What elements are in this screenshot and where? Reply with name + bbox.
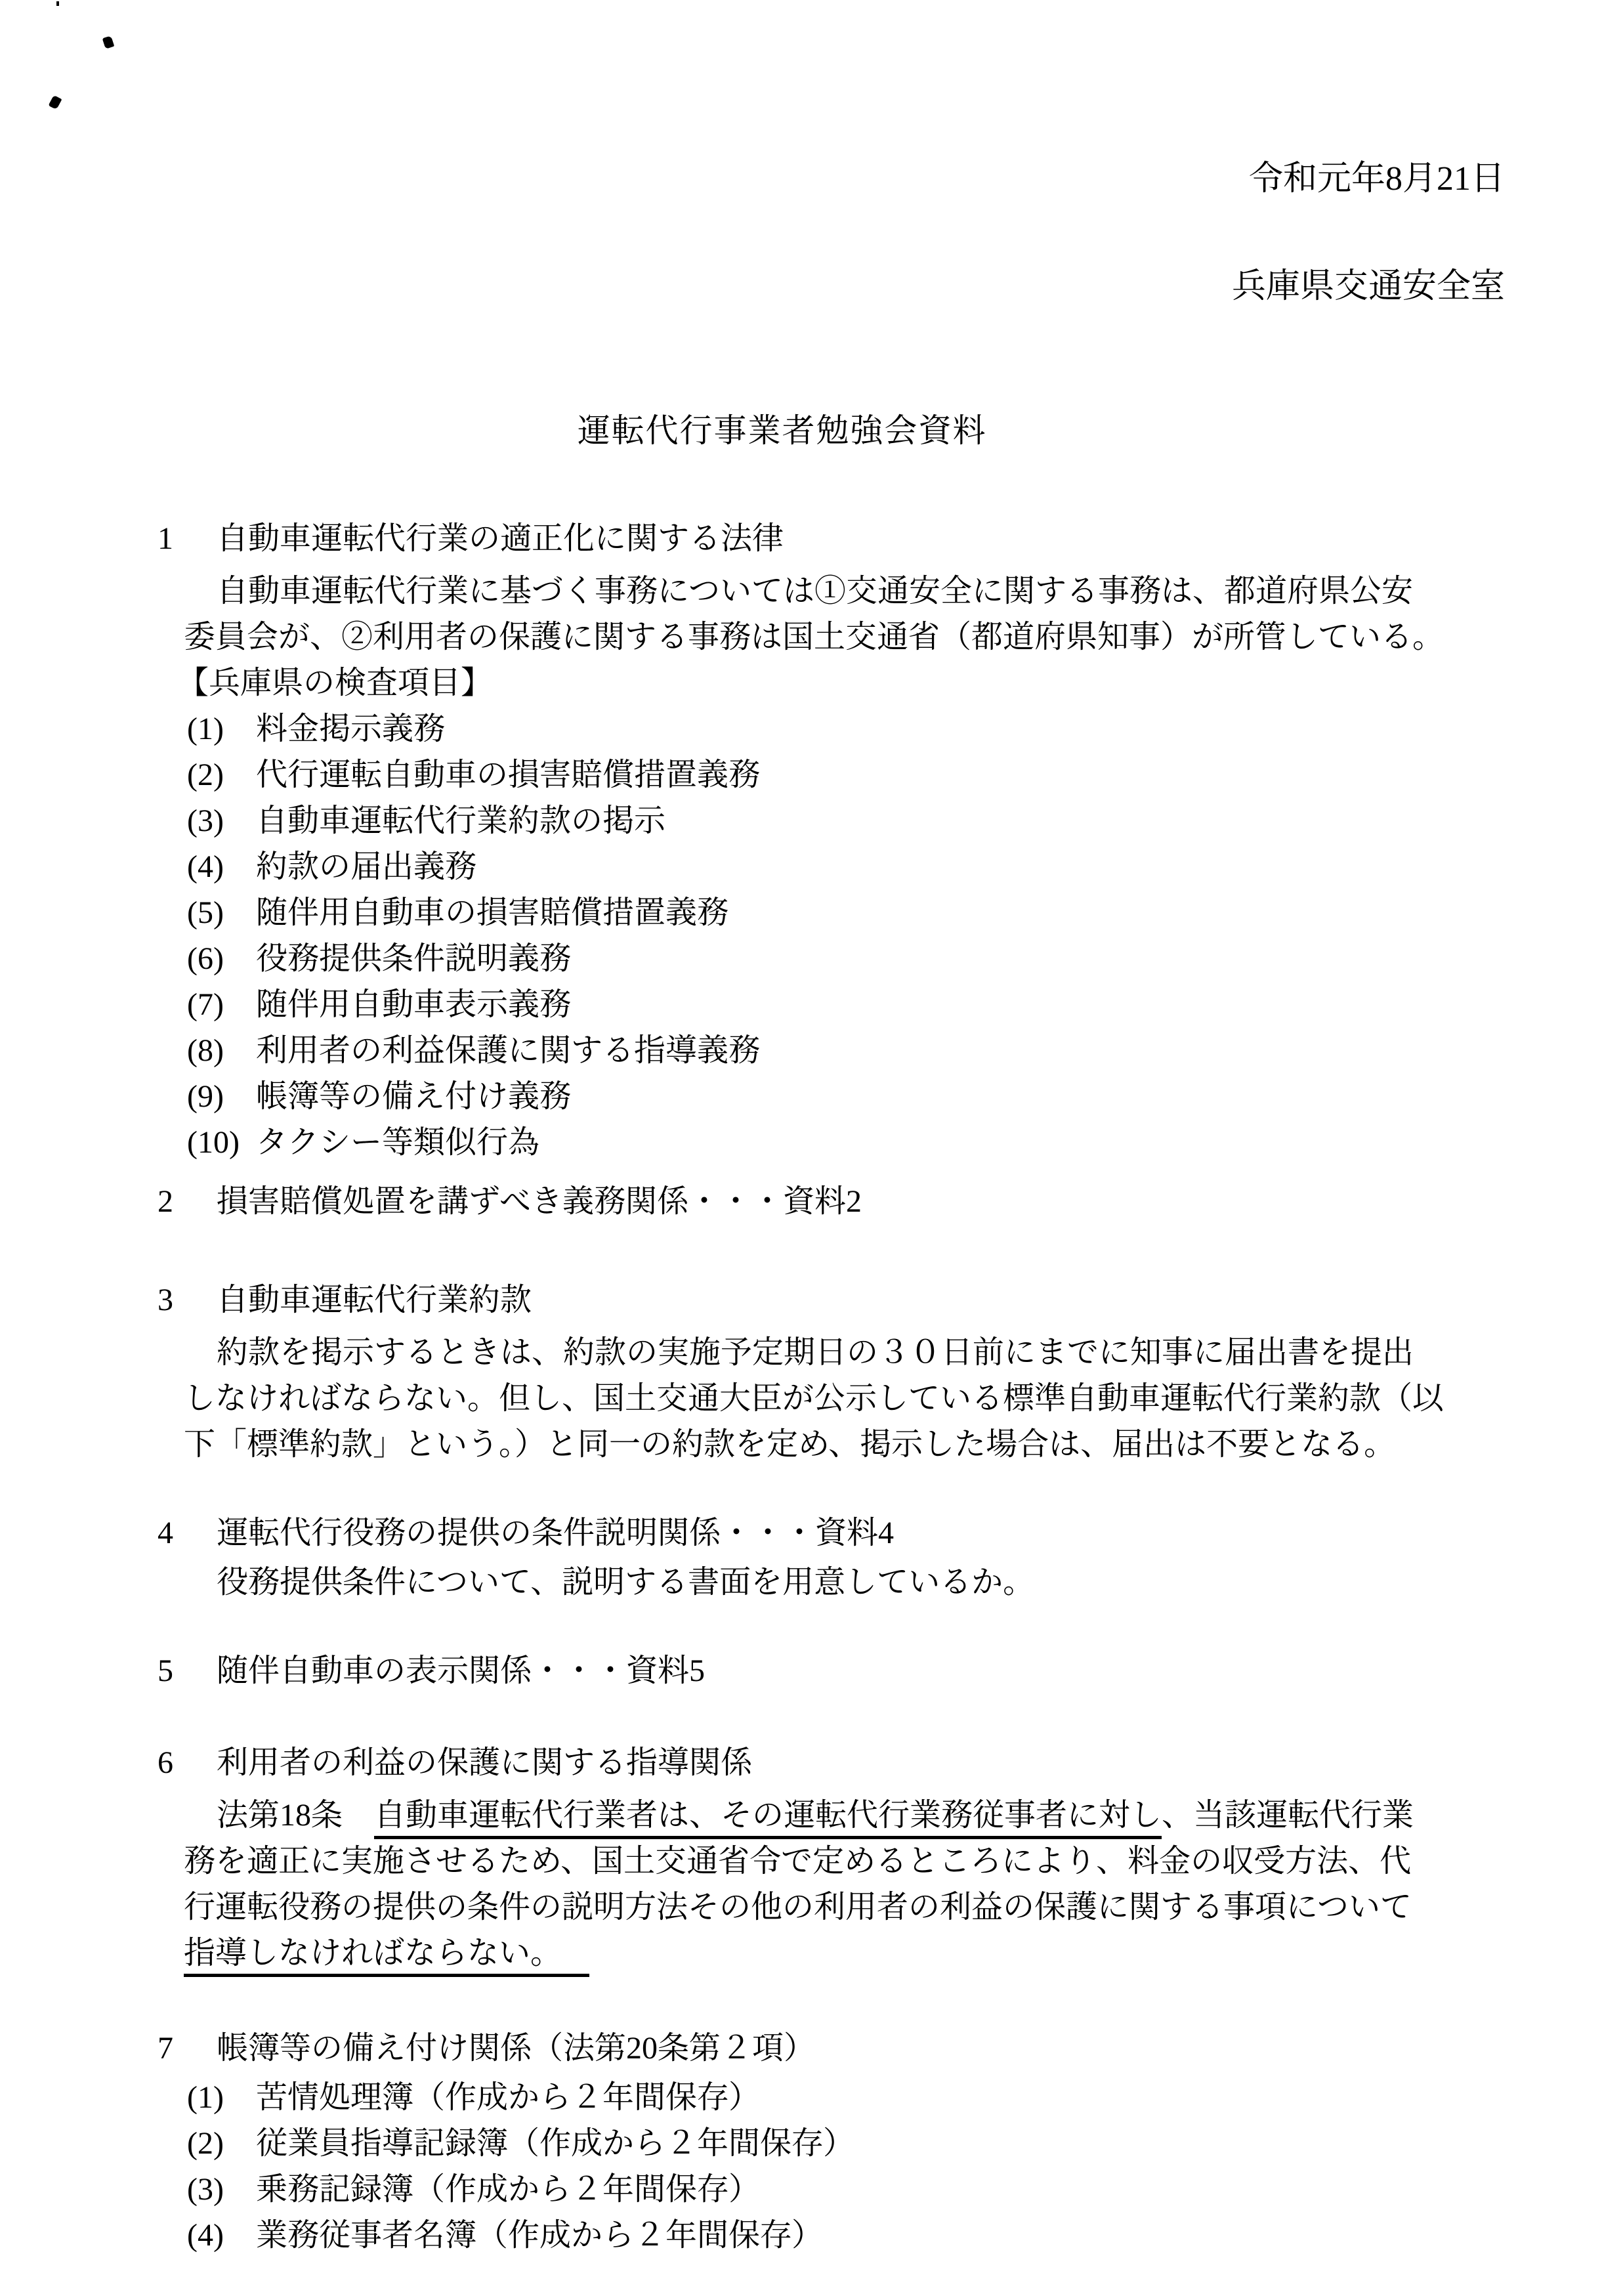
item-text: 自動車運転代行業約款の掲示 bbox=[256, 798, 665, 844]
paragraph-line: 務を適正に実施させるため、国土交通省令で定めるところにより、料金の収受方法、代 bbox=[184, 1839, 1505, 1884]
item-label: (4) bbox=[187, 844, 256, 890]
underlined-text: 自動車運転代行業者は、その運転代行業務従事者に対し bbox=[374, 1798, 1162, 1839]
section-number: 3 bbox=[158, 1281, 217, 1320]
section-1: 1 自動車運転代行業の適正化に関する法律 自動車運転代行業に基づく事務については… bbox=[158, 519, 1505, 1166]
issuer-line: 兵庫県交通安全室 bbox=[1232, 268, 1505, 305]
ink-speck bbox=[56, 1, 59, 6]
paragraph-line: しなければならない。但し、国土交通大臣が公示している標準自動車運転代行業約款（以 bbox=[184, 1376, 1505, 1422]
section-4: 4 運転代行役務の提供の条件説明関係・・・資料4 役務提供条件について、説明する… bbox=[158, 1514, 1505, 1605]
item-text: タクシー等類似行為 bbox=[256, 1120, 539, 1166]
section-6-paragraph: 法第18条 自動車運転代行業者は、その運転代行業務従事者に対し、当該運転代行業 … bbox=[184, 1793, 1505, 1976]
section-5: 5 随伴自動車の表示関係・・・資料5 bbox=[158, 1651, 1505, 1691]
item-label: (3) bbox=[187, 2167, 256, 2213]
section-number: 5 bbox=[158, 1651, 217, 1691]
item-label: (1) bbox=[187, 2075, 256, 2121]
section-7-heading: 7 帳簿等の備え付け関係（法第20条第２項） bbox=[158, 2029, 1505, 2068]
paragraph-line: 自動車運転代行業に基づく事務については①交通安全に関する事務は、都道府県公安 bbox=[184, 568, 1505, 614]
section-number: 1 bbox=[158, 519, 217, 559]
list-item: (4) 業務従事者名簿（作成から２年間保存） bbox=[187, 2213, 1505, 2259]
section-5-heading: 5 随伴自動車の表示関係・・・資料5 bbox=[158, 1651, 1505, 1691]
section-heading-text: 帳簿等の備え付け関係（法第20条第２項） bbox=[217, 2029, 815, 2068]
paragraph-line: 約款を掲示するときは、約款の実施予定期日の３０日前にまでに知事に届出書を提出 bbox=[184, 1330, 1505, 1376]
paragraph-line: 委員会が、②利用者の保護に関する事務は国土交通省（都道府県知事）が所管している。 bbox=[184, 614, 1505, 660]
list-item: (6) 役務提供条件説明義務 bbox=[187, 936, 1505, 982]
item-text: 代行運転自動車の損害賠償措置義務 bbox=[256, 752, 760, 798]
section-2: 2 損害賠償処置を講ずべき義務関係・・・資料2 bbox=[158, 1182, 1505, 1222]
section-heading-text: 損害賠償処置を講ずべき義務関係・・・資料2 bbox=[217, 1182, 862, 1222]
item-text: 役務提供条件説明義務 bbox=[256, 936, 571, 982]
section-number: 6 bbox=[158, 1743, 217, 1783]
item-text: 随伴用自動車の損害賠償措置義務 bbox=[256, 890, 728, 936]
page-title: 運転代行事業者勉強会資料 bbox=[158, 411, 1406, 450]
paragraph-text: 、当該運転代行業 bbox=[1162, 1798, 1414, 1833]
item-text: 料金掲示義務 bbox=[256, 706, 445, 752]
section-7: 7 帳簿等の備え付け関係（法第20条第２項） (1) 苦情処理簿（作成から２年間… bbox=[158, 2029, 1505, 2259]
paragraph-line: 行運転役務の提供の条件の説明方法その他の利用者の利益の保護に関する事項について bbox=[184, 1884, 1505, 1930]
list-item: (5) 随伴用自動車の損害賠償措置義務 bbox=[187, 890, 1505, 936]
section-1-heading: 1 自動車運転代行業の適正化に関する法律 bbox=[158, 519, 1505, 559]
date-line: 令和元年8月21日 bbox=[1249, 160, 1505, 198]
item-label: (1) bbox=[187, 706, 256, 752]
section-3-paragraph: 約款を掲示するときは、約款の実施予定期日の３０日前にまでに知事に届出書を提出 し… bbox=[184, 1330, 1505, 1468]
list-item: (9) 帳簿等の備え付け義務 bbox=[187, 1074, 1505, 1120]
item-text: 約款の届出義務 bbox=[256, 844, 476, 890]
item-label: (10) bbox=[187, 1120, 256, 1166]
paragraph-line: 指導しなければならない。 bbox=[184, 1930, 1505, 1976]
section-2-heading: 2 損害賠償処置を講ずべき義務関係・・・資料2 bbox=[158, 1182, 1505, 1222]
section-4-paragraph: 役務提供条件について、説明する書面を用意しているか。 bbox=[217, 1560, 1505, 1605]
item-text: 随伴用自動車表示義務 bbox=[256, 982, 571, 1028]
item-text: 従業員指導記録簿（作成から２年間保存） bbox=[256, 2121, 854, 2167]
item-text: 帳簿等の備え付け義務 bbox=[256, 1074, 571, 1120]
list-item: (3) 自動車運転代行業約款の掲示 bbox=[187, 798, 1505, 844]
list-item: (10) タクシー等類似行為 bbox=[187, 1120, 1505, 1166]
ledger-items-list: (1) 苦情処理簿（作成から２年間保存） (2) 従業員指導記録簿（作成から２年… bbox=[158, 2075, 1505, 2259]
section-4-heading: 4 運転代行役務の提供の条件説明関係・・・資料4 bbox=[158, 1514, 1505, 1553]
list-item: (8) 利用者の利益保護に関する指導義務 bbox=[187, 1028, 1505, 1074]
list-item: (1) 料金掲示義務 bbox=[187, 706, 1505, 752]
paragraph-line: 法第18条 自動車運転代行業者は、その運転代行業務従事者に対し、当該運転代行業 bbox=[184, 1793, 1505, 1839]
item-text: 苦情処理簿（作成から２年間保存） bbox=[256, 2075, 760, 2121]
item-label: (4) bbox=[187, 2213, 256, 2259]
section-number: 2 bbox=[158, 1182, 217, 1222]
section-1-paragraph: 自動車運転代行業に基づく事務については①交通安全に関する事務は、都道府県公安 委… bbox=[184, 568, 1505, 660]
item-label: (2) bbox=[187, 752, 256, 798]
inspection-items-list: (1) 料金掲示義務 (2) 代行運転自動車の損害賠償措置義務 (3) 自動車運… bbox=[158, 706, 1505, 1166]
item-label: (3) bbox=[187, 798, 256, 844]
date-block: 令和元年8月21日 兵庫県交通安全室 bbox=[158, 98, 1505, 368]
list-item: (1) 苦情処理簿（作成から２年間保存） bbox=[187, 2075, 1505, 2121]
item-text: 乗務記録簿（作成から２年間保存） bbox=[256, 2167, 760, 2213]
list-item: (2) 従業員指導記録簿（作成から２年間保存） bbox=[187, 2121, 1505, 2167]
list-item: (3) 乗務記録簿（作成から２年間保存） bbox=[187, 2167, 1505, 2213]
section-3-heading: 3 自動車運転代行業約款 bbox=[158, 1281, 1505, 1320]
section-heading-text: 運転代行役務の提供の条件説明関係・・・資料4 bbox=[217, 1514, 894, 1553]
section-heading-text: 自動車運転代行業の適正化に関する法律 bbox=[217, 519, 784, 559]
item-label: (6) bbox=[187, 936, 256, 982]
paragraph-line: 下「標準約款」という。）と同一の約款を定め、掲示した場合は、届出は不要となる。 bbox=[184, 1422, 1505, 1468]
list-item: (7) 随伴用自動車表示義務 bbox=[187, 982, 1505, 1028]
item-label: (2) bbox=[187, 2121, 256, 2167]
section-6: 6 利用者の利益の保護に関する指導関係 法第18条 自動車運転代行業者は、その運… bbox=[158, 1743, 1505, 1976]
section-3: 3 自動車運転代行業約款 約款を掲示するときは、約款の実施予定期日の３０日前にま… bbox=[158, 1281, 1505, 1468]
inspection-items-label: 【兵庫県の検査項目】 bbox=[177, 660, 1505, 706]
underlined-text: 指導しなければならない。 bbox=[184, 1936, 589, 1977]
section-number: 7 bbox=[158, 2029, 217, 2068]
section-heading-text: 利用者の利益の保護に関する指導関係 bbox=[217, 1743, 752, 1783]
section-6-heading: 6 利用者の利益の保護に関する指導関係 bbox=[158, 1743, 1505, 1783]
item-label: (7) bbox=[187, 982, 256, 1028]
list-item: (2) 代行運転自動車の損害賠償措置義務 bbox=[187, 752, 1505, 798]
section-heading-text: 自動車運転代行業約款 bbox=[217, 1281, 532, 1320]
item-label: (9) bbox=[187, 1074, 256, 1120]
section-heading-text: 随伴自動車の表示関係・・・資料5 bbox=[217, 1651, 705, 1691]
section-number: 4 bbox=[158, 1514, 217, 1553]
list-item: (4) 約款の届出義務 bbox=[187, 844, 1505, 890]
item-label: (8) bbox=[187, 1028, 256, 1074]
item-text: 業務従事者名簿（作成から２年間保存） bbox=[256, 2213, 823, 2259]
document-page: 令和元年8月21日 兵庫県交通安全室 運転代行事業者勉強会資料 1 自動車運転代… bbox=[0, 0, 1623, 2259]
law-article-label: 法第18条 bbox=[217, 1798, 374, 1833]
item-text: 利用者の利益保護に関する指導義務 bbox=[256, 1028, 760, 1074]
item-label: (5) bbox=[187, 890, 256, 936]
